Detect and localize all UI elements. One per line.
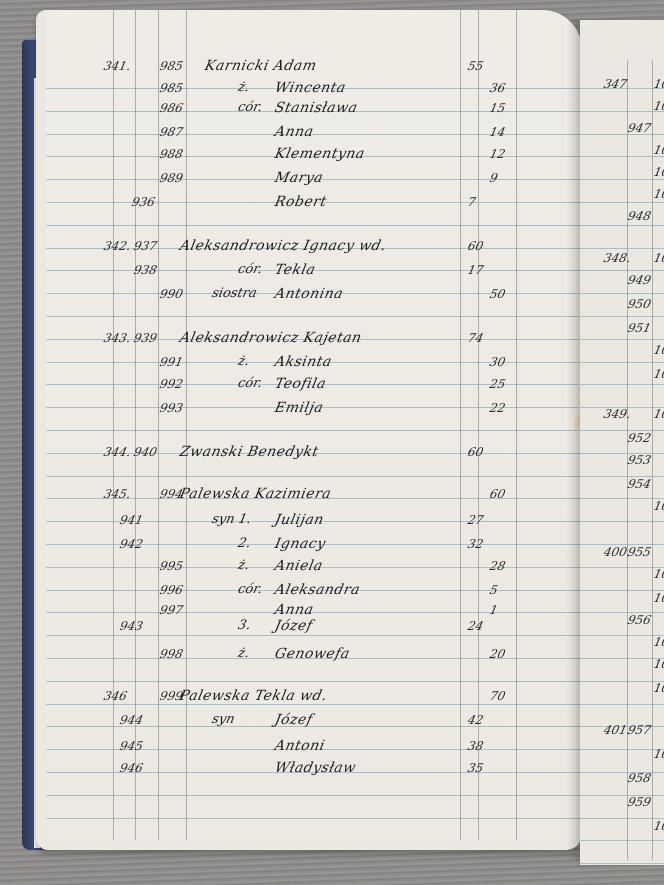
ruled-line xyxy=(46,635,582,636)
member-name: Ignacy xyxy=(273,536,327,552)
entry-fragment: 10 xyxy=(652,164,664,180)
relation-label: ż. xyxy=(236,646,250,662)
person-number-male: 936 xyxy=(130,194,156,210)
person-number: 954 xyxy=(626,476,652,492)
person-number-male: 946 xyxy=(118,760,144,776)
age-female: 25 xyxy=(488,376,507,392)
age-male: 35 xyxy=(466,760,485,776)
entry-fragment: 10 xyxy=(652,680,664,696)
person-number-male: 937 xyxy=(132,238,158,254)
person-number-female: 988 xyxy=(158,146,184,162)
relation-label: 3. xyxy=(236,618,252,634)
household-number: 344. xyxy=(102,444,132,460)
person-number: 952 xyxy=(626,430,652,446)
member-name: Antonina xyxy=(273,286,344,302)
member-name: Aniela xyxy=(273,558,324,574)
entry-fragment: 10 xyxy=(652,746,664,762)
person-number-female: 992 xyxy=(158,376,184,392)
household-number: 343. xyxy=(102,330,132,346)
member-name: Aksinta xyxy=(273,354,333,370)
head-of-household-name: Aleksandrowicz Ignacy wd. xyxy=(178,238,387,254)
age-male: 60 xyxy=(466,238,485,254)
person-number-female: 989 xyxy=(158,170,184,186)
age-male: 32 xyxy=(466,536,485,552)
member-name: Julijan xyxy=(273,512,325,528)
ruled-line xyxy=(46,795,582,796)
relation-label: cór. xyxy=(236,100,263,116)
person-number-male: 942 xyxy=(118,536,144,552)
person-number: 947 xyxy=(626,120,652,136)
person-number-female: 987 xyxy=(158,124,184,140)
person-number-male: 945 xyxy=(118,738,144,754)
person-number-male: 939 xyxy=(132,330,158,346)
age-male: 74 xyxy=(466,330,485,346)
column-rule xyxy=(186,10,187,840)
person-number: 948 xyxy=(626,208,652,224)
relation-label: ż. xyxy=(236,80,250,96)
age-female: 50 xyxy=(488,286,507,302)
member-name: Józef xyxy=(273,618,314,634)
person-number: 950 xyxy=(626,296,652,312)
relation-label: cór. xyxy=(236,582,263,598)
member-name: Klementyna xyxy=(273,146,366,162)
relation-label: ż. xyxy=(236,558,250,574)
person-number-female: 995 xyxy=(158,558,184,574)
column-rule xyxy=(516,10,517,840)
household-number: 349. xyxy=(602,406,632,422)
age-female: 30 xyxy=(488,354,507,370)
column-rule xyxy=(113,10,114,840)
age-female: 70 xyxy=(488,688,507,704)
age-male: 55 xyxy=(466,58,485,74)
person-number: 957 xyxy=(626,722,652,738)
household-number: 342. xyxy=(102,238,132,254)
ruled-line xyxy=(46,681,582,682)
member-name: Tekla xyxy=(273,262,317,278)
person-number: 951 xyxy=(626,320,652,336)
member-name: Stanisława xyxy=(273,100,359,116)
age-female: 22 xyxy=(488,400,507,416)
age-male: 38 xyxy=(466,738,485,754)
head-of-household-name: Palewska Tekla wd. xyxy=(178,688,328,704)
person-number-female: 985 xyxy=(158,58,184,74)
person-number-female: 986 xyxy=(158,100,184,116)
member-name: Antoni xyxy=(273,738,326,754)
entry-fragment: 10 xyxy=(652,634,664,650)
age-female: 36 xyxy=(488,80,507,96)
person-number-female: 996 xyxy=(158,582,184,598)
relation-label: ż. xyxy=(236,354,250,370)
relation-label: syn 1. xyxy=(210,512,252,528)
person-number: 959 xyxy=(626,794,652,810)
right-ledger-page-partial: 3471010947101010948348.10949950951101034… xyxy=(580,20,664,865)
household-number: 347 xyxy=(602,76,628,92)
entry-fragment: 10 xyxy=(652,366,664,382)
entry-fragment: 10 xyxy=(652,590,664,606)
member-name: Władysław xyxy=(273,760,357,776)
age-female: 60 xyxy=(488,486,507,502)
entry-fragment: 10 xyxy=(652,656,664,672)
member-name: Józef xyxy=(273,712,314,728)
ruled-line xyxy=(46,818,582,819)
member-name: Teofila xyxy=(273,376,327,392)
left-page-paper: 341.985Karnicki Adam55985ż.Wincenta36986… xyxy=(46,10,582,840)
ruled-line xyxy=(46,476,582,477)
person-number: 958 xyxy=(626,770,652,786)
age-male: 7 xyxy=(466,194,477,210)
person-number: 953 xyxy=(626,452,652,468)
age-male: 17 xyxy=(466,262,485,278)
age-female: 1 xyxy=(488,602,499,618)
person-number-male: 940 xyxy=(132,444,158,460)
person-number-male: 943 xyxy=(118,618,144,634)
household-number: 348. xyxy=(602,250,632,266)
person-number-male: 938 xyxy=(132,262,158,278)
entry-fragment: 10 xyxy=(652,98,664,114)
relation-label: cór. xyxy=(236,376,263,392)
member-name: Aleksandra xyxy=(273,582,361,598)
head-of-household-name: Zwanski Benedykt xyxy=(178,444,320,460)
relation-label: 2. xyxy=(236,536,252,552)
head-of-household-name: Karnicki Adam xyxy=(203,58,318,74)
ruled-line xyxy=(46,225,582,226)
member-name: Wincenta xyxy=(273,80,347,96)
entry-fragment: 10 xyxy=(652,142,664,158)
left-ledger-page: 341.985Karnicki Adam55985ż.Wincenta36986… xyxy=(36,10,582,850)
member-name: Genowefa xyxy=(273,646,351,662)
entry-fragment: 10 xyxy=(652,498,664,514)
entry-fragment: 10 xyxy=(652,76,664,92)
relation-label: syn xyxy=(210,712,236,728)
relation-label: cór. xyxy=(236,262,263,278)
person-number: 949 xyxy=(626,272,652,288)
person-number: 955 xyxy=(626,544,652,560)
person-number-female: 997 xyxy=(158,602,184,618)
age-female: 15 xyxy=(488,100,507,116)
household-number: 341. xyxy=(102,58,132,74)
person-number-female: 985 xyxy=(158,80,184,96)
member-name: Anna xyxy=(273,124,315,140)
ruled-line xyxy=(46,430,582,431)
household-number: 346 xyxy=(102,688,128,704)
person-number-female: 990 xyxy=(158,286,184,302)
age-male: 24 xyxy=(466,618,485,634)
person-number-male: 944 xyxy=(118,712,144,728)
member-name: Robert xyxy=(273,194,328,210)
age-female: 20 xyxy=(488,646,507,662)
age-female: 14 xyxy=(488,124,507,140)
entry-fragment: 10 xyxy=(652,342,664,358)
entry-fragment: 10 xyxy=(652,406,664,422)
person-number-male: 941 xyxy=(118,512,144,528)
ruled-line xyxy=(46,612,582,613)
entry-fragment: 10 xyxy=(652,250,664,266)
entry-fragment: 10 xyxy=(652,818,664,834)
member-name: Emilja xyxy=(273,400,325,416)
relation-label: siostra xyxy=(210,286,258,302)
column-rule xyxy=(460,10,461,840)
entry-fragment: 10 xyxy=(652,186,664,202)
person-number-female: 998 xyxy=(158,646,184,662)
age-male: 27 xyxy=(466,512,485,528)
ruled-line xyxy=(46,316,582,317)
age-male: 60 xyxy=(466,444,485,460)
person-number-female: 991 xyxy=(158,354,184,370)
age-female: 28 xyxy=(488,558,507,574)
household-number: 345. xyxy=(102,486,132,502)
head-of-household-name: Palewska Kazimiera xyxy=(178,486,332,502)
member-name: Marya xyxy=(273,170,325,186)
age-female: 12 xyxy=(488,146,507,162)
head-of-household-name: Aleksandrowicz Kajetan xyxy=(178,330,363,346)
column-rule xyxy=(652,60,653,860)
entry-fragment: 10 xyxy=(652,566,664,582)
ruled-line xyxy=(580,863,664,864)
person-number: 956 xyxy=(626,612,652,628)
member-name: Anna xyxy=(273,602,315,618)
age-female: 9 xyxy=(488,170,499,186)
person-number-female: 993 xyxy=(158,400,184,416)
